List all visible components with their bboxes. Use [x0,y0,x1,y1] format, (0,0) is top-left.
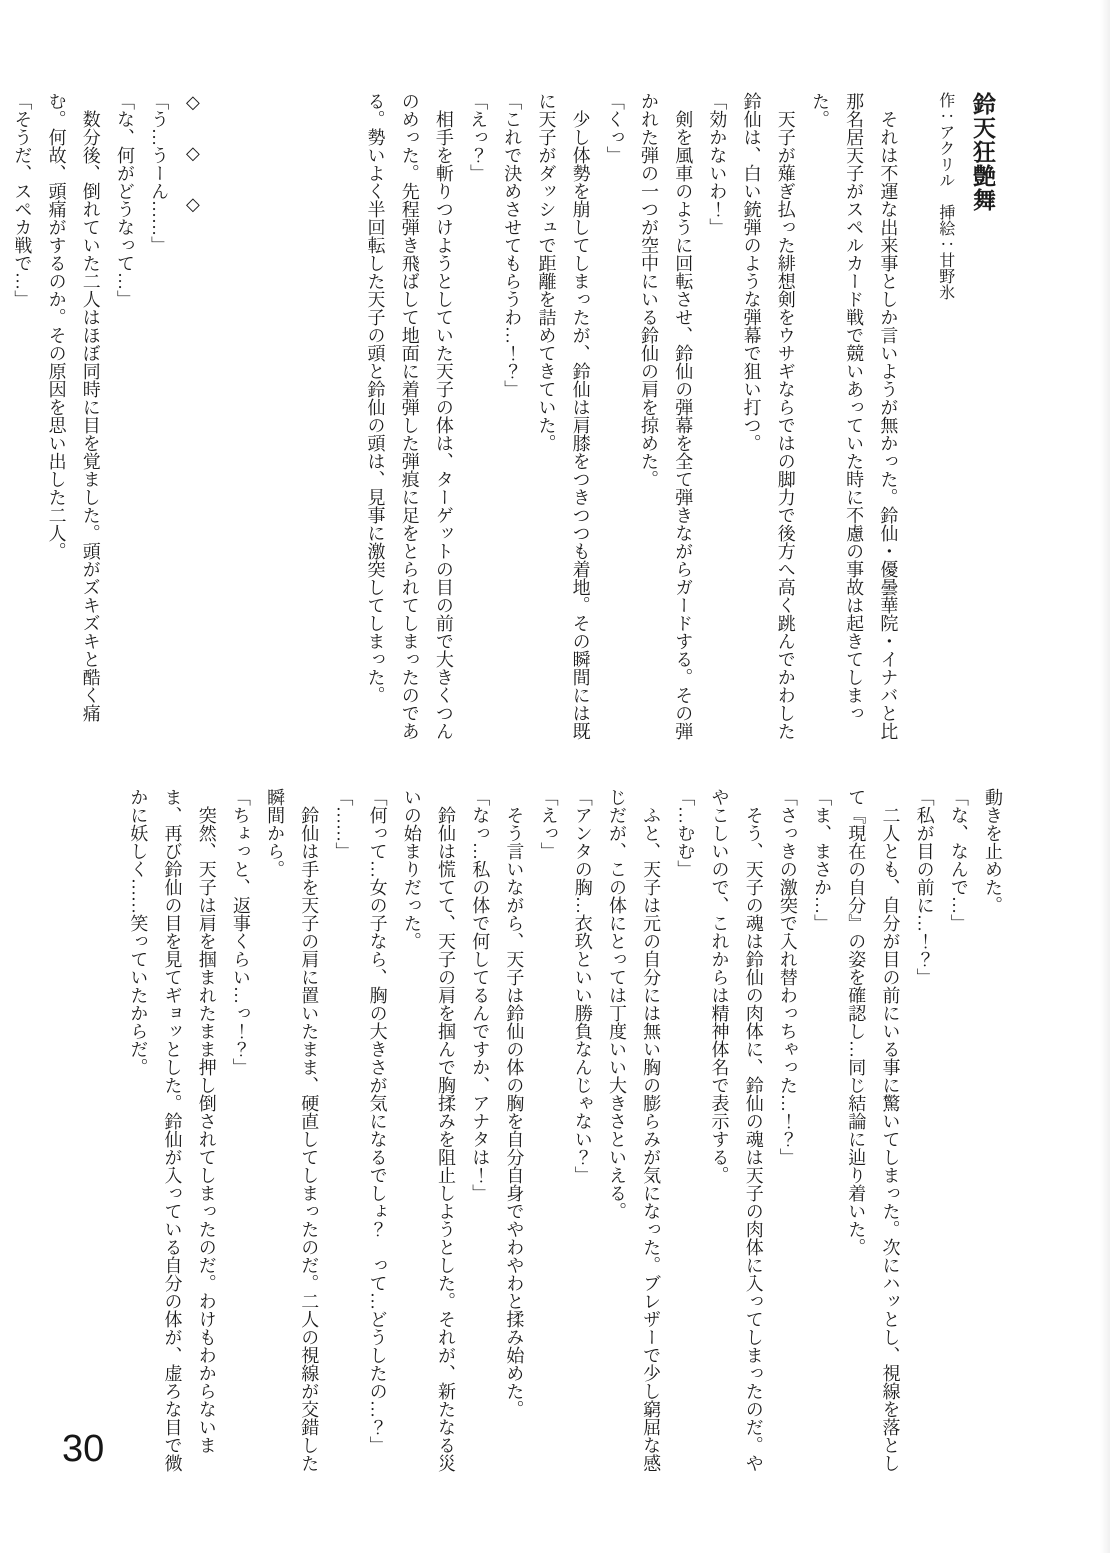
dialogue-line: 「ちょっと、返事くらい…っ！？」 [224,788,258,1478]
dialogue-line: 「……」 [326,788,360,1478]
page-number: 30 [62,1428,104,1471]
paragraph: 少し体勢を崩してしまったが、鈴仙は肩膝をつきつつも着地。その瞬間には既に天子がダ… [529,92,597,752]
paragraph: 鈴仙は手を天子の肩に置いたまま、硬直してしまったのだ。二人の視線が交錯した瞬間か… [258,788,326,1478]
dialogue-line: 「さっきの激突で入れ替わっちゃった…！？」 [771,788,805,1478]
dialogue-line: 「くっ」 [598,92,632,752]
dialogue-line: 「アンタの胸…衣玖といい勝負なんじゃない？」 [566,788,600,1478]
paragraph: 数分後、倒れていた二人はほぼ同時に目を覚ました。頭がズキズキと酷く痛む。何故、頭… [39,92,107,752]
paragraph: 突然、天子は肩を掴まれたまま押し倒されてしまったのだ。わけもわからないまま、再び… [121,788,224,1478]
scan-edge-shading [1100,0,1110,1553]
paragraph: 動きを止めた。 [976,788,1010,1478]
paragraph: 剣を風車のように回転させ、鈴仙の弾幕を全て弾きながらガードする。その弾かれた弾の… [632,92,700,752]
document-page: 鈴天狂艶舞 作：アクリル 挿絵：甘野氷 それは不運な出来事としか言いようが無かっ… [0,0,1110,1553]
paragraph: そう言いながら、天子は鈴仙の体の胸を自分自身でやわやわと揉み始めた。 [497,788,531,1478]
dialogue-line: 「ま、まさか…」 [805,788,839,1478]
paragraph: 相手を斬りつけようとしていた天子の体は、ターゲットの目の前で大きくつんのめった。… [358,92,461,752]
dialogue-line: 「そうだ、スペカ戦で…」 [5,92,39,752]
paragraph: それは不運な出来事としか言いようが無かった。鈴仙・優曇華院・イナバと比那名居天子… [803,92,906,752]
story-top-section: 鈴天狂艶舞 作：アクリル 挿絵：甘野氷 それは不運な出来事としか言いようが無かっ… [0,92,1002,752]
dialogue-line: 「思いっきり頭打っちゃって…え？」 [0,92,5,752]
dialogue-line: 「な、なんで…」 [942,788,976,1478]
paragraph: 鈴仙は慌てて、天子の肩を掴んで胸揉みを阻止しようとした。それが、新たなる災いの始… [395,788,463,1478]
section-break-diamonds: ◇ ◇ ◇ [176,92,358,752]
dialogue-line: 「これで決めさせてもらうわ…！？」 [495,92,529,752]
dialogue-line: 「私が目の前に…！？」 [907,788,941,1478]
paragraph: 天子が薙ぎ払った緋想剣をウサギならではの脚力で後方へ高く跳んでかわした鈴仙は、白… [734,92,802,752]
story-credits: 作：アクリル 挿絵：甘野氷 [931,92,961,752]
dialogue-line: 「なっ…私の体で何してるんですか、アナタは！」 [463,788,497,1478]
dialogue-line: 「効かないわ！」 [700,92,734,752]
dialogue-line: 「な、何がどうなって…」 [108,92,142,752]
dialogue-line: 「…むむ」 [668,788,702,1478]
dialogue-line: 「えっ？」 [461,92,495,752]
paragraph: そう、天子の魂は鈴仙の肉体に、鈴仙の魂は天子の肉体に入ってしまったのだ。ややこし… [702,788,770,1478]
dialogue-line: 「何って…女の子なら、胸の大きさが気になるでしょ？ って…どうしたの…？」 [360,788,394,1478]
story-bottom-section: 動きを止めた。 「な、なんで…」 「私が目の前に…！？」 二人とも、自分が目の前… [121,788,1010,1478]
dialogue-line: 「う…うーん……」 [142,92,176,752]
paragraph: 二人とも、自分が目の前にいる事に驚いてしまった。次にハッとし、視線を落として『現… [839,788,907,1478]
story-title: 鈴天狂艶舞 [962,92,1002,752]
dialogue-line: 「えっ」 [531,788,565,1478]
paragraph: ふと、天子は元の自分には無い胸の膨らみが気になった。ブレザーで少し窮屈な感じだが… [600,788,668,1478]
